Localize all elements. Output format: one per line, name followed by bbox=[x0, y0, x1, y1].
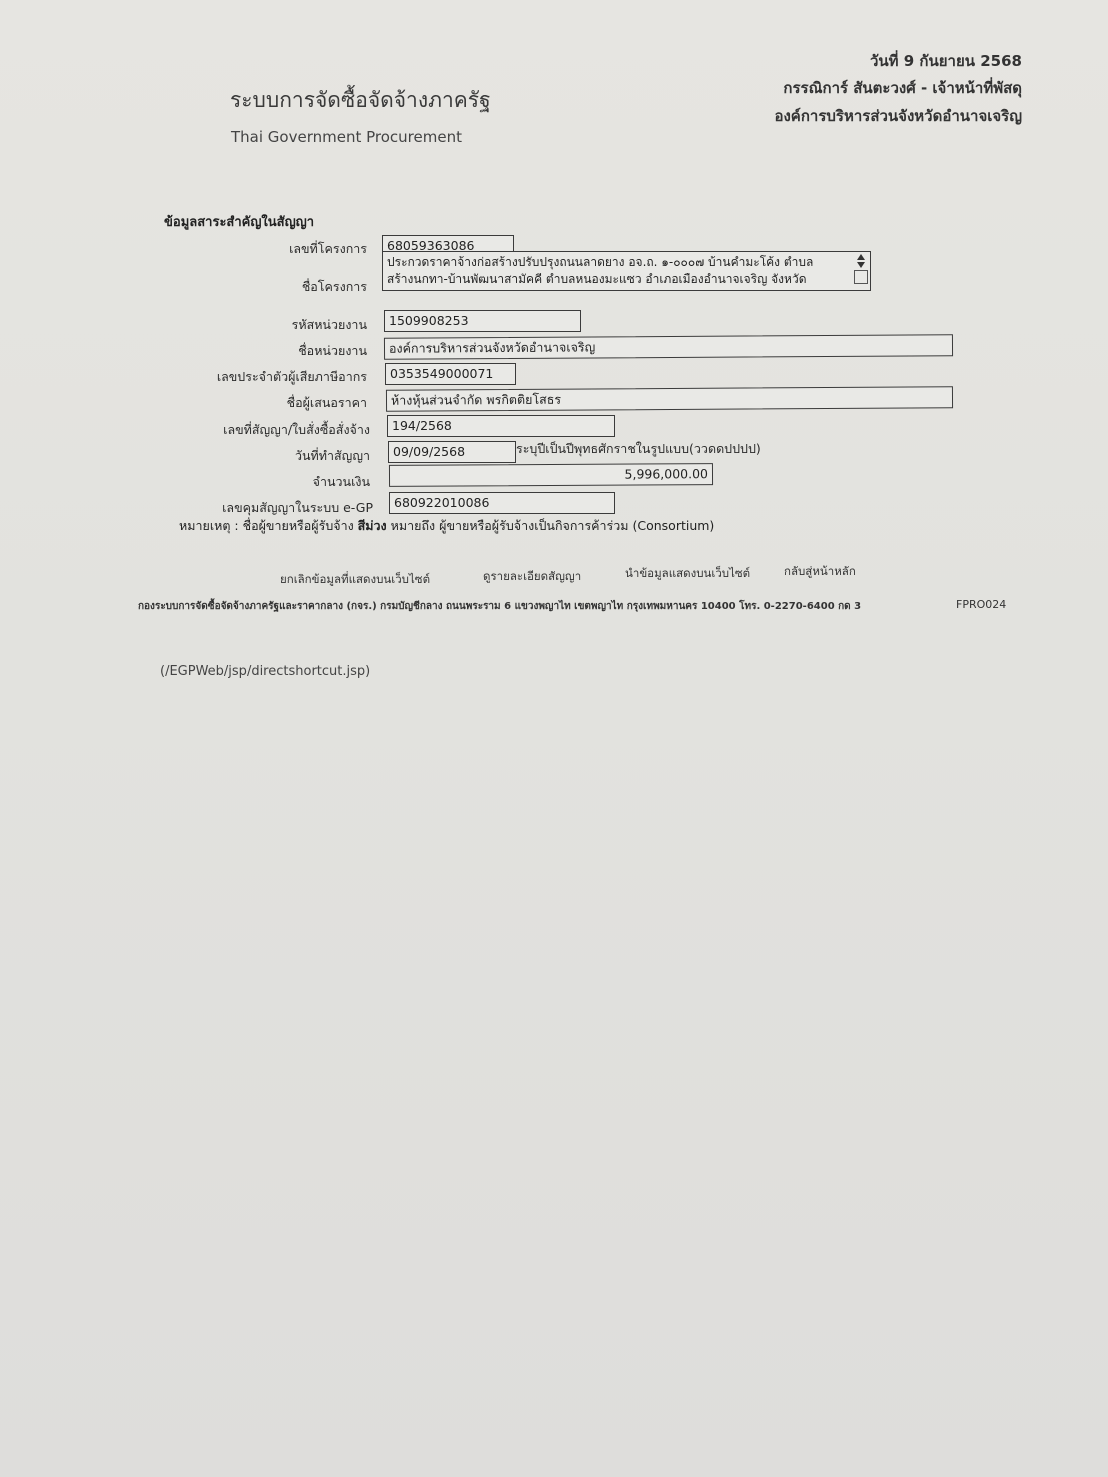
agency-code-label: รหัสหน่วยงาน bbox=[127, 315, 367, 335]
scroll-down-arrow-icon[interactable] bbox=[857, 262, 865, 268]
contract-date-field[interactable]: 09/09/2568 bbox=[388, 441, 516, 463]
system-title-th: ระบบการจัดซื้อจัดจ้างภาครัฐ bbox=[230, 84, 491, 117]
contract-no-label: เลขที่สัญญา/ใบสั่งซื้อสั่งจ้าง bbox=[130, 420, 370, 440]
user-info: กรรณิการ์ สันตะวงศ์ - เจ้าหน้าที่พัสดุ bbox=[783, 76, 1022, 100]
publish-to-website-link[interactable]: นำข้อมูลแสดงบนเว็บไซต์ bbox=[625, 565, 750, 583]
amount-label: จำนวนเงิน bbox=[130, 472, 370, 492]
organization-name: องค์การบริหารส่วนจังหวัดอำนาจเจริญ bbox=[774, 104, 1022, 128]
agency-name-label: ชื่อหน่วยงาน bbox=[127, 341, 367, 361]
tax-id-field[interactable]: 0353549000071 bbox=[385, 363, 516, 385]
form-code: FPRO024 bbox=[956, 598, 1006, 611]
system-title-en: Thai Government Procurement bbox=[231, 128, 462, 146]
egp-control-no-label: เลขคุมสัญญาในระบบ e-GP bbox=[133, 498, 373, 518]
back-to-home-link[interactable]: กลับสู่หน้าหลัก bbox=[784, 563, 856, 581]
view-contract-details-link[interactable]: ดูรายละเอียดสัญญา bbox=[483, 568, 581, 586]
tax-id-label: เลขประจำตัวผู้เสียภาษีอากร bbox=[127, 367, 367, 387]
consortium-note: หมายเหตุ : ชื่อผู้ขายหรือผู้รับจ้าง สีม่… bbox=[179, 516, 714, 536]
date-format-hint: ระบุปีเป็นปีพุทธศักราชในรูปแบบ(ววดดปปปป) bbox=[516, 439, 761, 459]
egp-control-no-field[interactable]: 680922010086 bbox=[389, 492, 615, 514]
agency-code-field[interactable]: 1509908253 bbox=[384, 310, 581, 332]
contract-no-field[interactable]: 194/2568 bbox=[387, 415, 615, 437]
cancel-display-link[interactable]: ยกเลิกข้อมูลที่แสดงบนเว็บไซต์ bbox=[280, 571, 430, 589]
textarea-scrollbar[interactable] bbox=[853, 253, 869, 289]
footer-address: กองระบบการจัดซื้อจัดจ้างภาครัฐและราคากลา… bbox=[138, 599, 861, 614]
note-suffix: หมายถึง ผู้ขายหรือผู้รับจ้างเป็นกิจการค้… bbox=[387, 518, 715, 533]
project-name-line-2: สร้างนกทา-บ้านพัฒนาสามัคคี ตำบลหนองมะแซว… bbox=[387, 271, 848, 288]
amount-field[interactable]: 5,996,000.00 bbox=[389, 463, 713, 487]
note-purple-label: สีม่วง bbox=[358, 518, 387, 533]
agency-name-field[interactable]: องค์การบริหารส่วนจังหวัดอำนาจเจริญ bbox=[384, 334, 953, 359]
bidder-name-field[interactable]: ห้างหุ้นส่วนจำกัด พรกิตติยโสธร bbox=[386, 386, 953, 411]
project-name-label: ชื่อโครงการ bbox=[127, 277, 367, 297]
scroll-thumb[interactable] bbox=[854, 270, 868, 284]
scroll-up-arrow-icon[interactable] bbox=[857, 254, 865, 260]
project-name-line-1: ประกวดราคาจ้างก่อสร้างปรับปรุงถนนลาดยาง … bbox=[387, 254, 848, 271]
page-path: (/EGPWeb/jsp/directshortcut.jsp) bbox=[160, 664, 370, 679]
bidder-name-label: ชื่อผู้เสนอราคา bbox=[127, 393, 367, 413]
note-prefix: หมายเหตุ : ชื่อผู้ขายหรือผู้รับจ้าง bbox=[179, 518, 358, 533]
current-date: วันที่ 9 กันยายน 2568 bbox=[870, 49, 1022, 73]
section-title: ข้อมูลสาระสำคัญในสัญญา bbox=[164, 211, 314, 232]
contract-date-label: วันที่ทำสัญญา bbox=[130, 446, 370, 466]
project-no-label: เลขที่โครงการ bbox=[127, 239, 367, 259]
project-name-textarea[interactable]: ประกวดราคาจ้างก่อสร้างปรับปรุงถนนลาดยาง … bbox=[382, 251, 871, 291]
